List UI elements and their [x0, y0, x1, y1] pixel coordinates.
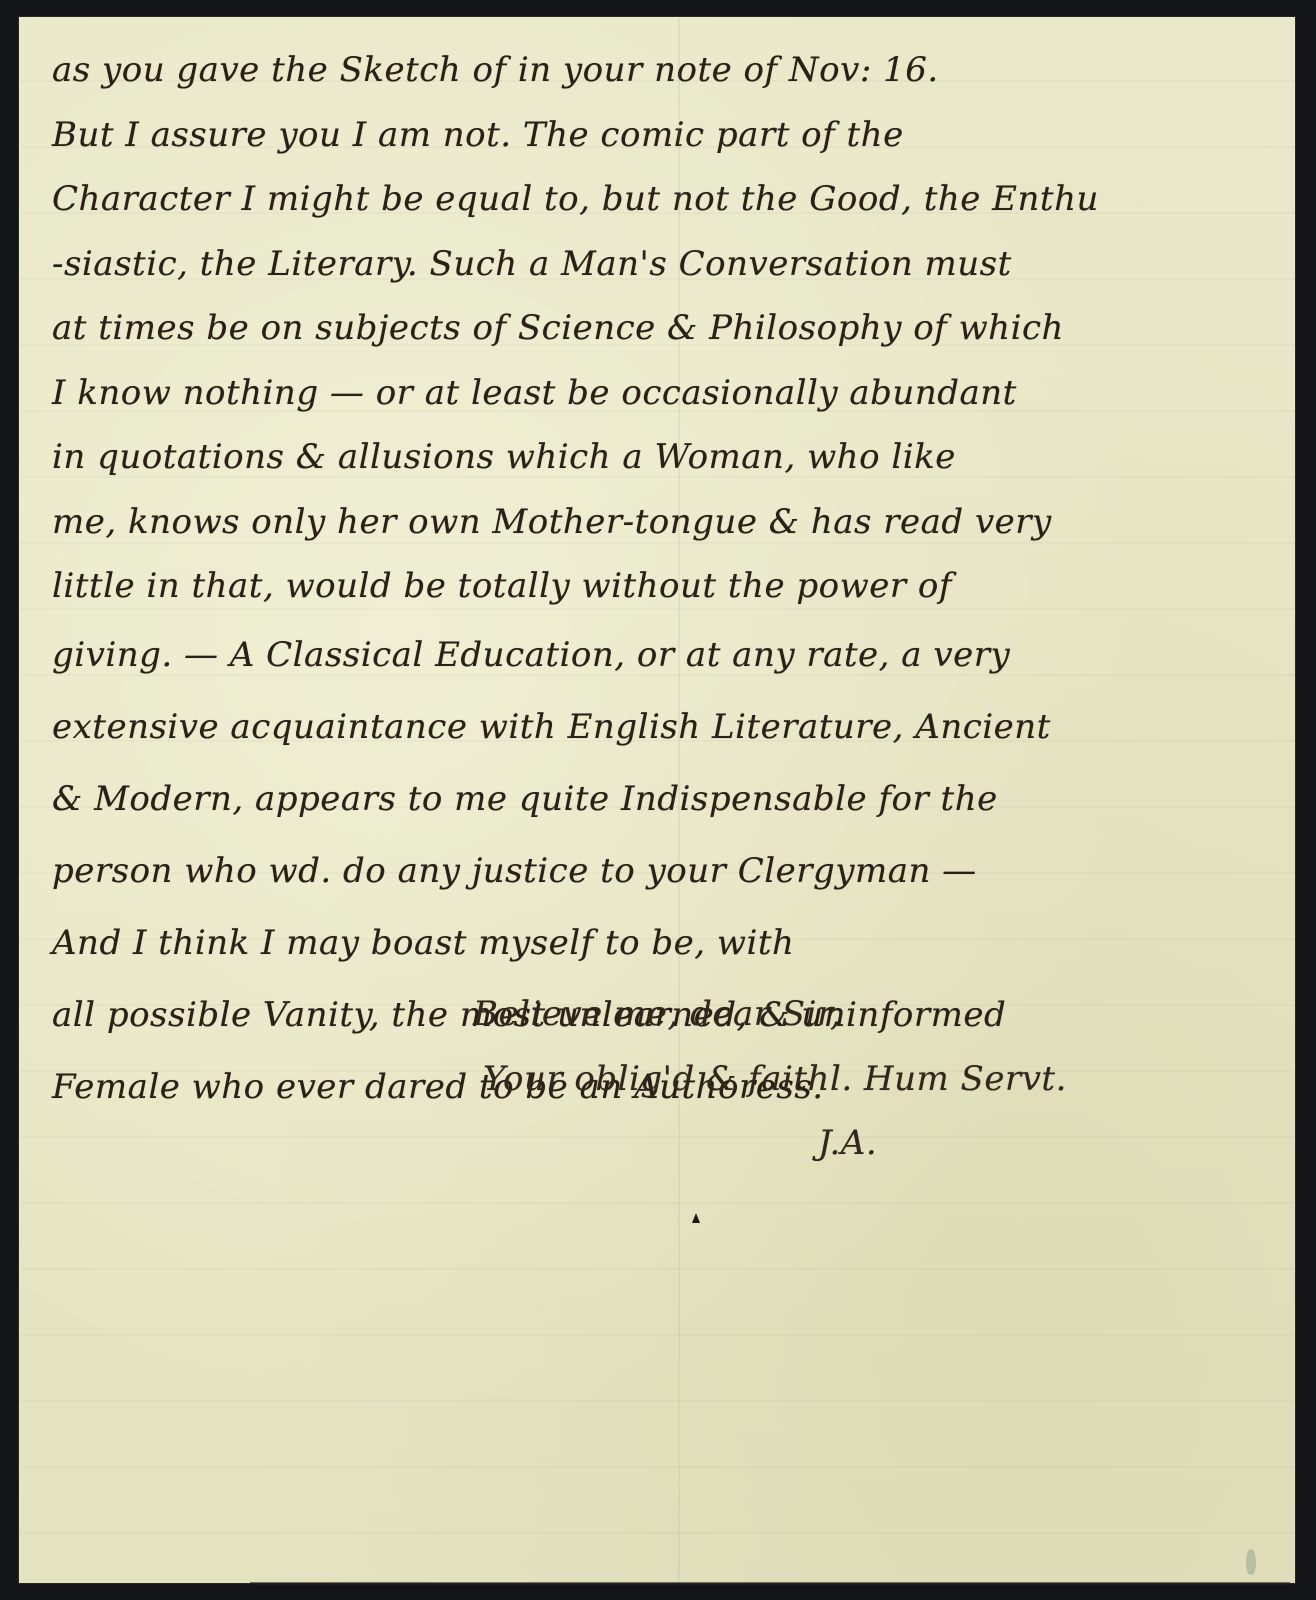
closing-salutation: Believe me, dear Sir,: [473, 982, 1273, 1047]
ink-blot-mark: [692, 1213, 700, 1223]
letter-page: as you gave the Sketch of in your note o…: [18, 16, 1296, 1584]
letter-line-1: as you gave the Sketch of in your note o…: [52, 38, 1282, 103]
letter-line-2: But I assure you I am not. The comic par…: [52, 103, 1282, 168]
letter-line-11: extensive acquaintance with English Lite…: [52, 691, 1282, 763]
letter-body: as you gave the Sketch of in your note o…: [52, 38, 1282, 1123]
letter-line-10: giving. — A Classical Education, or at a…: [52, 619, 1282, 691]
paper-stain: [1246, 1549, 1256, 1575]
letter-line-9: little in that, would be totally without…: [52, 554, 1282, 619]
letter-line-14: And I think I may boast myself to be, wi…: [52, 907, 1282, 979]
letter-closing: Believe me, dear Sir, Your oblig'd & fai…: [473, 982, 1273, 1176]
letter-line-8: me, knows only her own Mother-tongue & h…: [52, 490, 1282, 555]
paper-bottom-edge: [250, 1582, 1290, 1585]
letter-line-6: I know nothing — or at least be occasion…: [52, 361, 1282, 426]
closing-valediction: Your oblig'd & faithl. Hum Servt.: [473, 1047, 1273, 1112]
letter-line-4: -siastic, the Literary. Such a Man's Con…: [52, 232, 1282, 297]
letter-line-3: Character I might be equal to, but not t…: [52, 167, 1282, 232]
letter-line-5: at times be on subjects of Science & Phi…: [52, 296, 1282, 361]
signature: J.A.: [473, 1111, 1273, 1176]
letter-line-7: in quotations & allusions which a Woman,…: [52, 425, 1282, 490]
letter-line-13: person who wd. do any justice to your Cl…: [52, 835, 1282, 907]
letter-line-12: & Modern, appears to me quite Indispensa…: [52, 763, 1282, 835]
